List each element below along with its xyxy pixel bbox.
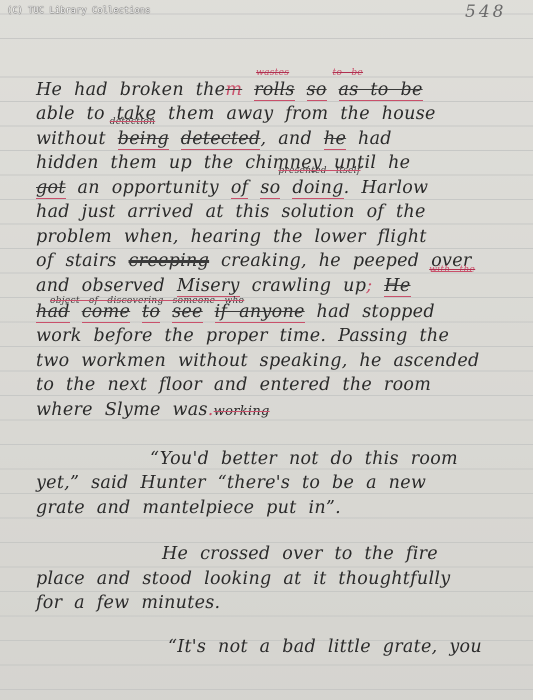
manuscript-line: where Slyme was.working [36,400,270,420]
manuscript-line: He had broken them rollswastes so as to … [36,80,423,101]
text-segment: , and [260,129,312,149]
struck-word: as to beto be [339,80,423,101]
struck-word: He [384,276,410,297]
struck-word: to [142,302,160,323]
underlined-word: Misery [177,276,240,297]
text-segment: . Harlow [344,178,429,198]
struck-word: he [324,129,346,150]
underlined-word: of [231,178,249,199]
struck-word: working [214,404,270,419]
text-segment: and observed [36,276,165,296]
manuscript-line: had come to see if anyone had stopped [36,302,435,323]
manuscript-line: He crossed over to the fire [162,544,438,564]
struck-word: come [82,302,131,323]
insertion-below: with the [429,265,475,275]
insertion-above: wastes [256,68,289,78]
page-number: 548 [465,2,506,22]
text-segment: had stopped [317,302,435,322]
manuscript-line: had just arrived at this solution of the [36,202,426,222]
manuscript-page: (C) TUC Library Collections 548 He had b… [0,0,533,700]
manuscript-line: grate and mantelpiece put in”. [36,498,341,518]
text-segment: of stairs [36,251,117,271]
copyright-watermark: (C) TUC Library Collections [7,6,151,16]
manuscript-line: two workmen without speaking, he ascende… [36,351,480,371]
manuscript-line: yet,” said Hunter “there's to be a new [36,473,426,493]
manuscript-line: and observed Misery crawling up; He obje… [36,276,411,297]
manuscript-line: “It's not a bad little grate, you [168,637,482,657]
underlined-word: doingpresented itself [292,178,343,199]
manuscript-line: to the next floor and entered the room [36,375,431,395]
insertion-above: detection [110,117,155,127]
text-segment: He had broken the [36,80,225,100]
struck-word: detected [181,129,261,150]
text-segment: had [358,129,392,149]
underlined-word: overwith the [431,251,471,272]
struck-word: see [172,302,203,323]
text-segment: an opportunity [78,178,219,198]
manuscript-line: for a few minutes. [36,593,220,613]
struck-word: if anyone [215,302,305,323]
manuscript-line: got an opportunity of so doingpresented … [36,178,428,199]
text-segment: creaking, he peeped [221,251,419,271]
insertion-above: presented itself [278,166,360,176]
text-segment: where Slyme was [36,400,208,420]
manuscript-line: “You'd better not do this room [150,449,458,469]
text-segment: without [36,129,106,149]
struck-word: creeping [129,251,210,271]
struck-word: beingdetection [118,129,169,150]
manuscript-line: problem when, hearing the lower flight [36,227,427,247]
struck-word: got [36,178,66,199]
red-semicolon: ; [366,276,372,296]
insertion-above: to be [333,68,363,78]
manuscript-line: of stairs creeping creaking, he peeped o… [36,251,472,272]
manuscript-line: without beingdetection detected, and he … [36,129,392,150]
manuscript-line: work before the proper time. Passing the [36,326,449,346]
underlined-word: so [260,178,280,199]
struck-word: rollswastes [254,80,295,101]
manuscript-line: able to take them away from the house [36,104,436,124]
struck-word: so [307,80,327,101]
text-segment: crawling up [252,276,367,296]
struck-letter: m [225,80,242,100]
struck-word: had [36,302,70,323]
manuscript-line: place and stood looking at it thoughtful… [36,569,450,589]
